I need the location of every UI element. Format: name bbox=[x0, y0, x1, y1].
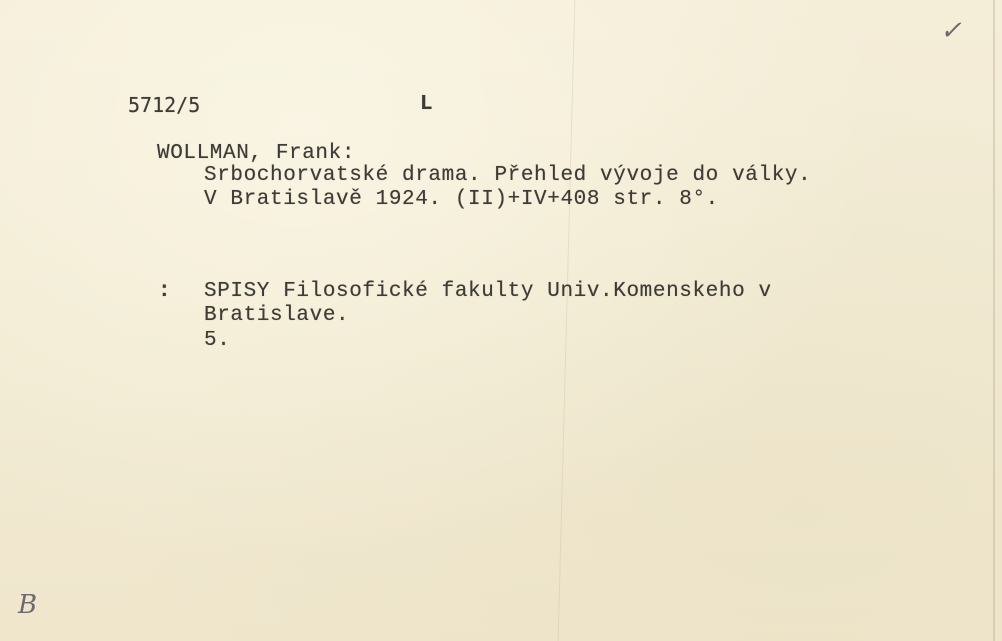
card-edge-line bbox=[993, 0, 995, 641]
title-statement: Srbochorvatské drama. Přehled vývoje do … bbox=[204, 164, 811, 188]
author-heading: WOLLMAN, Frank: bbox=[157, 142, 355, 166]
series-statement-line2: Bratislave. bbox=[204, 304, 349, 328]
catalog-card: ✓ 5712/5 L WOLLMAN, Frank: Srbochorvatsk… bbox=[0, 0, 1002, 641]
card-fold-line bbox=[558, 0, 576, 641]
check-mark-annotation: ✓ bbox=[940, 16, 962, 46]
location-mark: L bbox=[420, 93, 433, 117]
corner-letter-annotation: B bbox=[18, 590, 37, 620]
series-number: 5. bbox=[204, 329, 230, 353]
series-statement-line1: SPISY Filosofické fakulty Univ.Komenskeh… bbox=[204, 280, 772, 304]
call-number: 5712/5 bbox=[128, 93, 200, 117]
imprint-statement: V Bratislavě 1924. (II)+IV+408 str. 8°. bbox=[204, 188, 719, 212]
series-marker: : bbox=[158, 280, 171, 304]
